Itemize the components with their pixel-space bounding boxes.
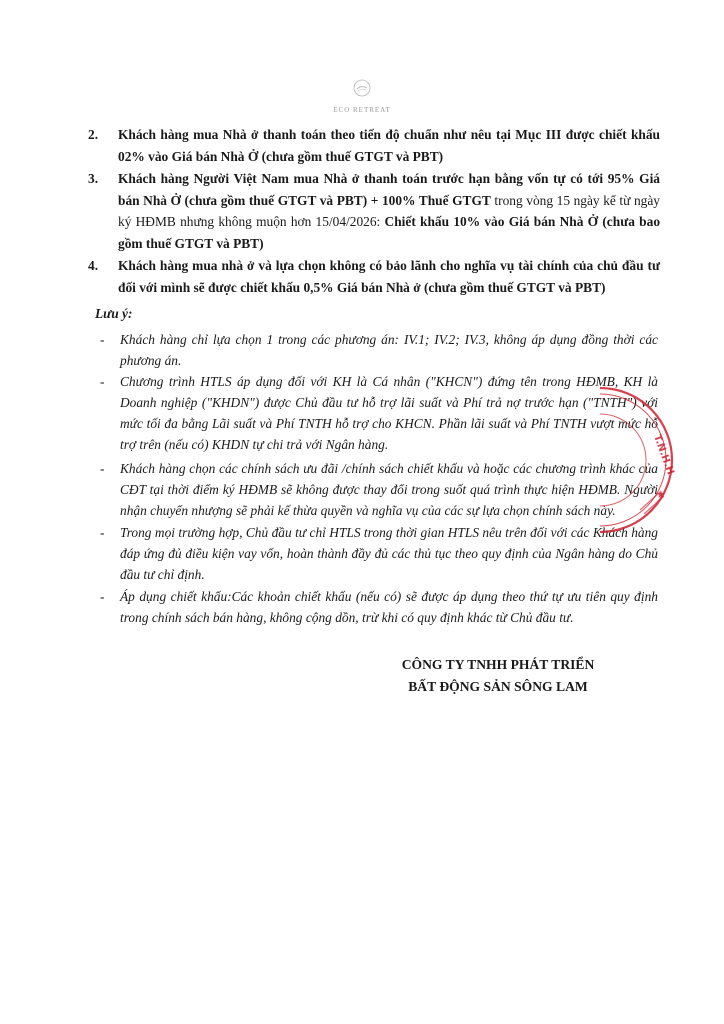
discount-item-4: 4. Khách hàng mua nhà ở và lựa chọn khôn…: [88, 255, 660, 298]
item-number: 2.: [88, 124, 98, 146]
note-entry: - Khách hàng chọn các chính sách ưu đãi …: [100, 458, 658, 521]
bullet-dash: -: [100, 586, 104, 607]
eco-retreat-logo-icon: [352, 78, 372, 98]
logo-text: ECO RETREAT: [0, 106, 724, 114]
item-number: 3.: [88, 168, 98, 190]
note-entry: - Áp dụng chiết khấu:Các khoản chiết khấ…: [100, 586, 658, 628]
note-text: Chương trình HTLS áp dụng đối với KH là …: [120, 371, 658, 455]
note-entry: - Chương trình HTLS áp dụng đối với KH l…: [100, 371, 658, 455]
bullet-dash: -: [100, 371, 104, 392]
note-entry: - Khách hàng chỉ lựa chọn 1 trong các ph…: [100, 329, 658, 371]
discount-item-3: 3. Khách hàng Người Việt Nam mua Nhà ở t…: [88, 168, 660, 254]
bullet-dash: -: [100, 522, 104, 543]
item-number: 4.: [88, 255, 98, 277]
notes-title: Lưu ý:: [95, 306, 132, 322]
item-text: Khách hàng Người Việt Nam mua Nhà ở than…: [118, 168, 660, 254]
item-text: Khách hàng mua nhà ở và lựa chọn không c…: [118, 255, 660, 298]
company-name-line1: CÔNG TY TNHH PHÁT TRIỂN: [380, 654, 616, 676]
bullet-dash: -: [100, 458, 104, 479]
company-name-line2: BẤT ĐỘNG SẢN SÔNG LAM: [380, 676, 616, 698]
note-text: Áp dụng chiết khấu:Các khoản chiết khấu …: [120, 586, 658, 628]
company-signature-block: CÔNG TY TNHH PHÁT TRIỂN BẤT ĐỘNG SẢN SÔN…: [380, 654, 616, 698]
note-entry: - Trong mọi trường hợp, Chủ đầu tư chỉ H…: [100, 522, 658, 585]
discount-item-2: 2. Khách hàng mua Nhà ở thanh toán theo …: [88, 124, 660, 167]
note-text: Khách hàng chỉ lựa chọn 1 trong các phươ…: [120, 329, 658, 371]
item-text-segment: Khách hàng mua Nhà ở thanh toán theo tiế…: [118, 127, 660, 164]
document-header-logo: ECO RETREAT: [0, 78, 724, 114]
bullet-dash: -: [100, 329, 104, 350]
note-text: Trong mọi trường hợp, Chủ đầu tư chỉ HTL…: [120, 522, 658, 585]
item-text-segment: Khách hàng mua nhà ở và lựa chọn không c…: [118, 258, 660, 295]
item-text: Khách hàng mua Nhà ở thanh toán theo tiế…: [118, 124, 660, 167]
note-text: Khách hàng chọn các chính sách ưu đãi /c…: [120, 458, 658, 521]
